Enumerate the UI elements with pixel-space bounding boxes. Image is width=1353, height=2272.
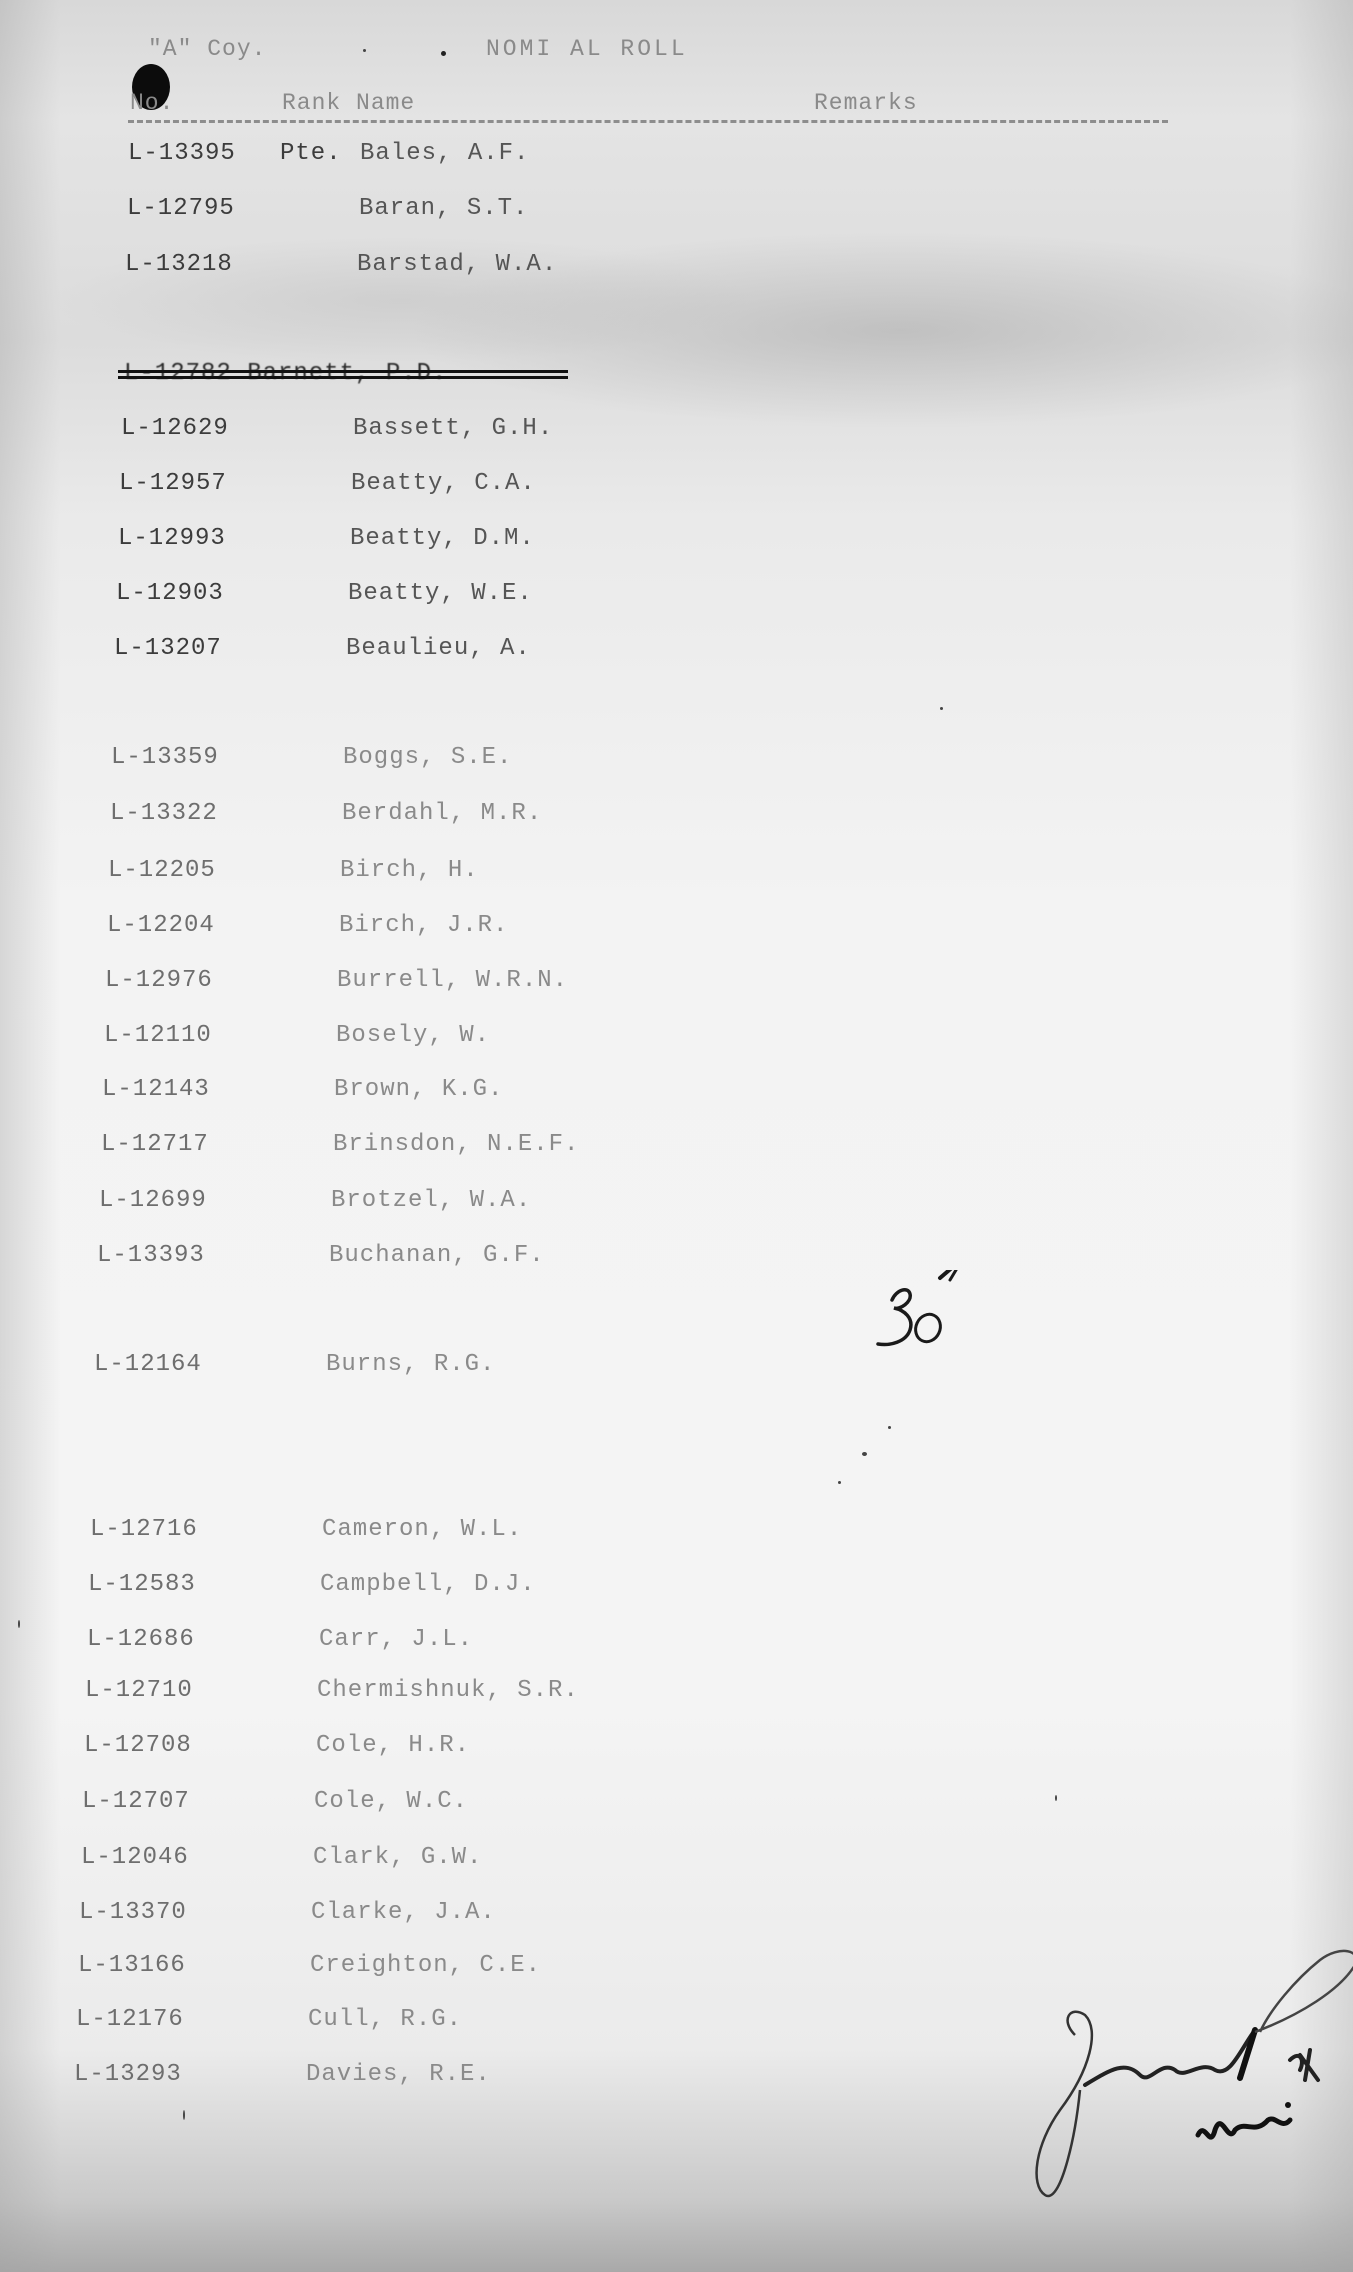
rank: Pte.	[280, 140, 342, 167]
soldier-name: Chermishnuk, S.R.	[317, 1677, 579, 1704]
service-number: L-13359	[111, 744, 219, 771]
speck	[888, 1426, 891, 1429]
company-label: "A" Coy.	[148, 36, 266, 62]
soldier-name: Boggs, S.E.	[343, 744, 512, 771]
service-number: L-12686	[87, 1626, 195, 1653]
soldier-name: Baran, S.T.	[359, 195, 528, 222]
service-number: L-12583	[88, 1571, 196, 1598]
service-number: L-13322	[110, 800, 218, 827]
speck	[441, 51, 446, 56]
service-number: L-12903	[116, 580, 224, 607]
soldier-name: Campbell, D.J.	[320, 1571, 536, 1598]
soldier-name: Burns, R.G.	[326, 1351, 495, 1378]
soldier-name: Clark, G.W.	[313, 1844, 482, 1871]
service-number: L-12717	[101, 1131, 209, 1158]
service-number: L-13393	[97, 1242, 205, 1269]
service-number: L-12699	[99, 1187, 207, 1214]
soldier-name: Bassett, G.H.	[353, 415, 553, 442]
column-header-rank-name: Rank Name	[282, 90, 415, 116]
column-header-no: No.	[130, 90, 174, 116]
header-rule	[128, 120, 1168, 123]
service-number: L-12795	[127, 195, 235, 222]
service-number: L-12993	[118, 525, 226, 552]
service-number: L-13207	[114, 635, 222, 662]
soldier-name: Brotzel, W.A.	[331, 1187, 531, 1214]
service-number: L-13293	[74, 2061, 182, 2088]
strike-line	[118, 376, 568, 379]
service-number: L-12046	[81, 1844, 189, 1871]
soldier-name: Birch, H.	[340, 857, 479, 884]
soldier-name: Beatty, W.E.	[348, 580, 533, 607]
service-number: L-12164	[94, 1351, 202, 1378]
soldier-name: Barstad, W.A.	[357, 251, 557, 278]
service-number: L-12205	[108, 857, 216, 884]
soldier-name: Cull, R.G.	[308, 2006, 462, 2033]
service-number: L-12957	[119, 470, 227, 497]
soldier-name: Creighton, C.E.	[310, 1952, 541, 1979]
speck	[862, 1452, 867, 1456]
struck-entry-text: L-12782 Barnett, P.D.	[124, 360, 447, 387]
struck-entry: L-12782 Barnett, P.D.	[118, 360, 568, 386]
column-header-remarks: Remarks	[814, 90, 918, 116]
service-number: L-13395	[128, 140, 236, 167]
speck	[940, 707, 943, 710]
soldier-name: Bosely, W.	[336, 1022, 490, 1049]
strike-line	[118, 370, 568, 373]
speck	[1055, 1795, 1057, 1801]
document-title: NOMI AL ROLL	[486, 36, 688, 62]
soldier-name: Beaulieu, A.	[346, 635, 531, 662]
service-number: L-12710	[85, 1677, 193, 1704]
service-number: L-13370	[79, 1899, 187, 1926]
service-number: L-12176	[76, 2006, 184, 2033]
soldier-name: Cameron, W.L.	[322, 1516, 522, 1543]
soldier-name: Davies, R.E.	[306, 2061, 491, 2088]
speck	[838, 1481, 841, 1484]
service-number: L-12110	[104, 1022, 212, 1049]
soldier-name: Bales, A.F.	[360, 140, 529, 167]
service-number: L-12708	[84, 1732, 192, 1759]
soldier-name: Clarke, J.A.	[311, 1899, 496, 1926]
soldier-name: Brown, K.G.	[334, 1076, 503, 1103]
soldier-name: Birch, J.R.	[339, 912, 508, 939]
soldier-name: Cole, H.R.	[316, 1732, 470, 1759]
service-number: L-12204	[107, 912, 215, 939]
soldier-name: Carr, J.L.	[319, 1626, 473, 1653]
soldier-name: Buchanan, G.F.	[329, 1242, 545, 1269]
soldier-name: Burrell, W.R.N.	[337, 967, 568, 994]
service-number: L-13218	[125, 251, 233, 278]
speck	[18, 1620, 20, 1628]
service-number: L-12143	[102, 1076, 210, 1103]
service-number: L-12707	[82, 1788, 190, 1815]
soldier-name: Beatty, C.A.	[351, 470, 536, 497]
soldier-name: Beatty, D.M.	[350, 525, 535, 552]
speck	[363, 49, 366, 52]
soldier-name: Berdahl, M.R.	[342, 800, 542, 827]
service-number: L-12629	[121, 415, 229, 442]
service-number: L-13166	[78, 1952, 186, 1979]
service-number: L-12976	[105, 967, 213, 994]
service-number: L-12716	[90, 1516, 198, 1543]
soldier-name: Cole, W.C.	[314, 1788, 468, 1815]
soldier-name: Brinsdon, N.E.F.	[333, 1131, 579, 1158]
speck	[183, 2110, 185, 2120]
